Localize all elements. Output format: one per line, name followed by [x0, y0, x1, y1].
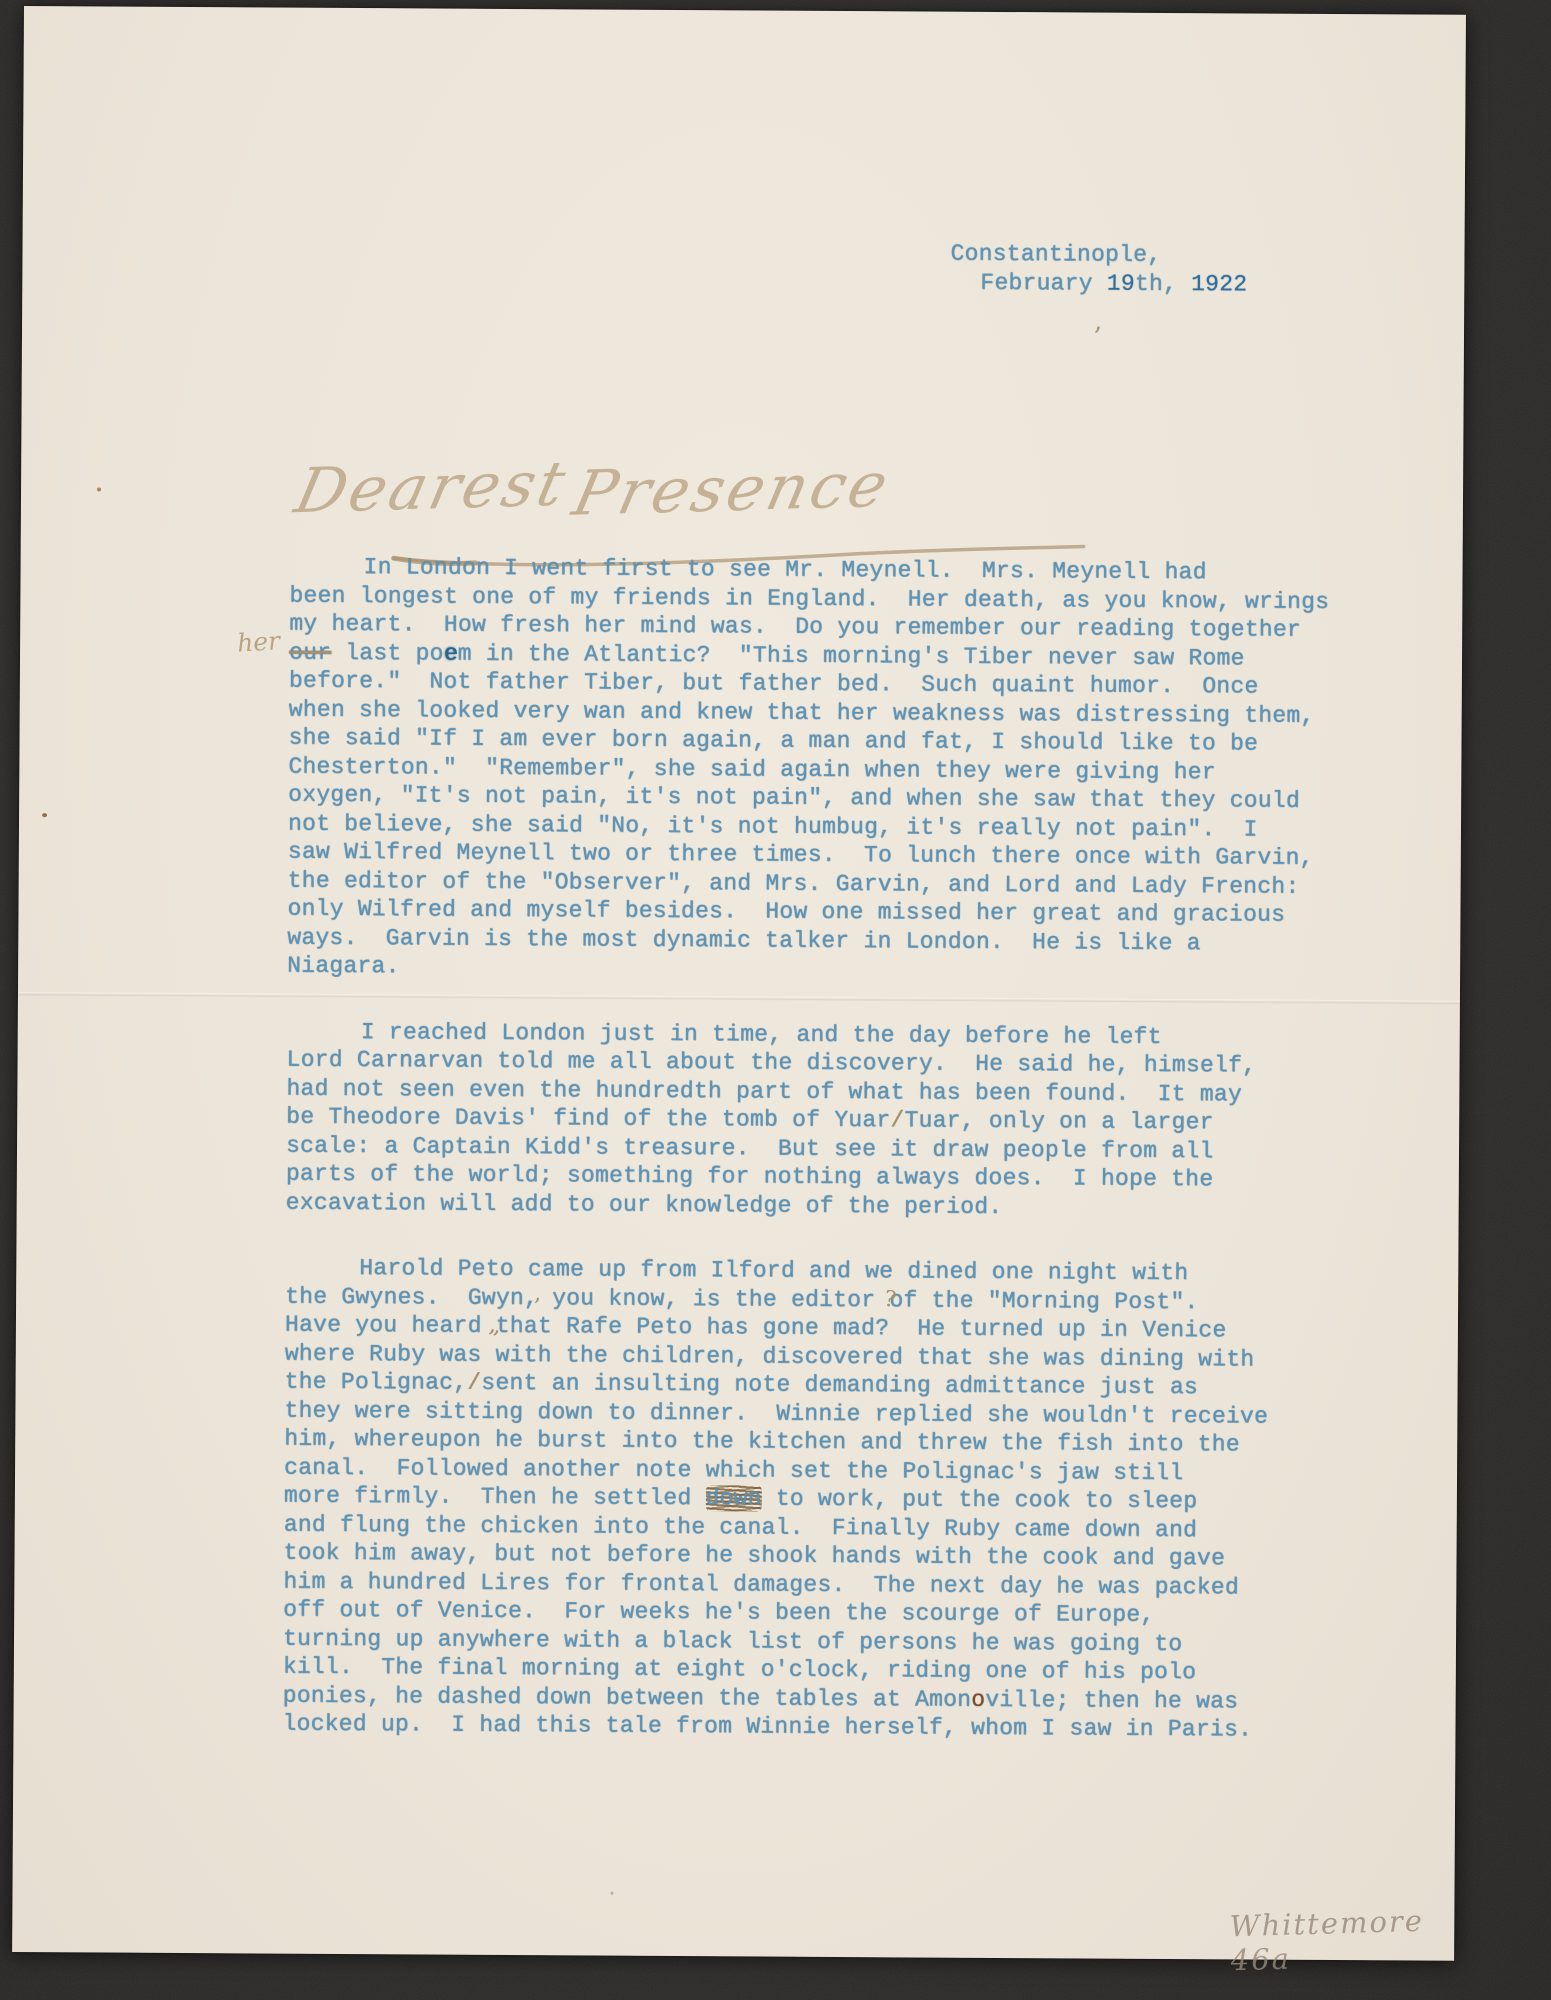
typed-line: Niagara.: [287, 953, 1397, 988]
typed-line: February 19th, 1922: [980, 269, 1247, 299]
typed-line: Constantinople,: [950, 241, 1247, 271]
letter-paper: Constantinople,February 19th, 1922 Deare…: [12, 6, 1466, 1961]
paper-speck: [42, 813, 47, 817]
pencil-mark-gwyn-caret: ,: [534, 1281, 541, 1306]
letter-body: In London I went first to see Mr. Meynel…: [282, 554, 1399, 1746]
paper-speck: [97, 487, 101, 491]
paragraph: I reached London just in time, and the d…: [286, 1018, 1397, 1224]
typed-line: excavation will add to our knowledge of …: [286, 1189, 1396, 1224]
margin-note-her: her: [236, 626, 281, 658]
paper-speck: [610, 1892, 613, 1895]
salutation-word-presence: Presence: [567, 448, 898, 530]
typed-line: locked up. I had this tale from Winnie h…: [282, 1711, 1392, 1746]
salutation-word-dearest: Dearest: [289, 447, 575, 528]
pencil-annotation: Whittemore 46a: [1229, 1903, 1455, 1977]
paragraph: Harold Peto came up from Ilford and we d…: [282, 1255, 1395, 1746]
dateline: Constantinople,February 19th, 1922: [950, 241, 1247, 300]
paragraph: In London I went first to see Mr. Meynel…: [287, 554, 1400, 988]
pencil-mark-under-date: ,: [1094, 307, 1102, 337]
